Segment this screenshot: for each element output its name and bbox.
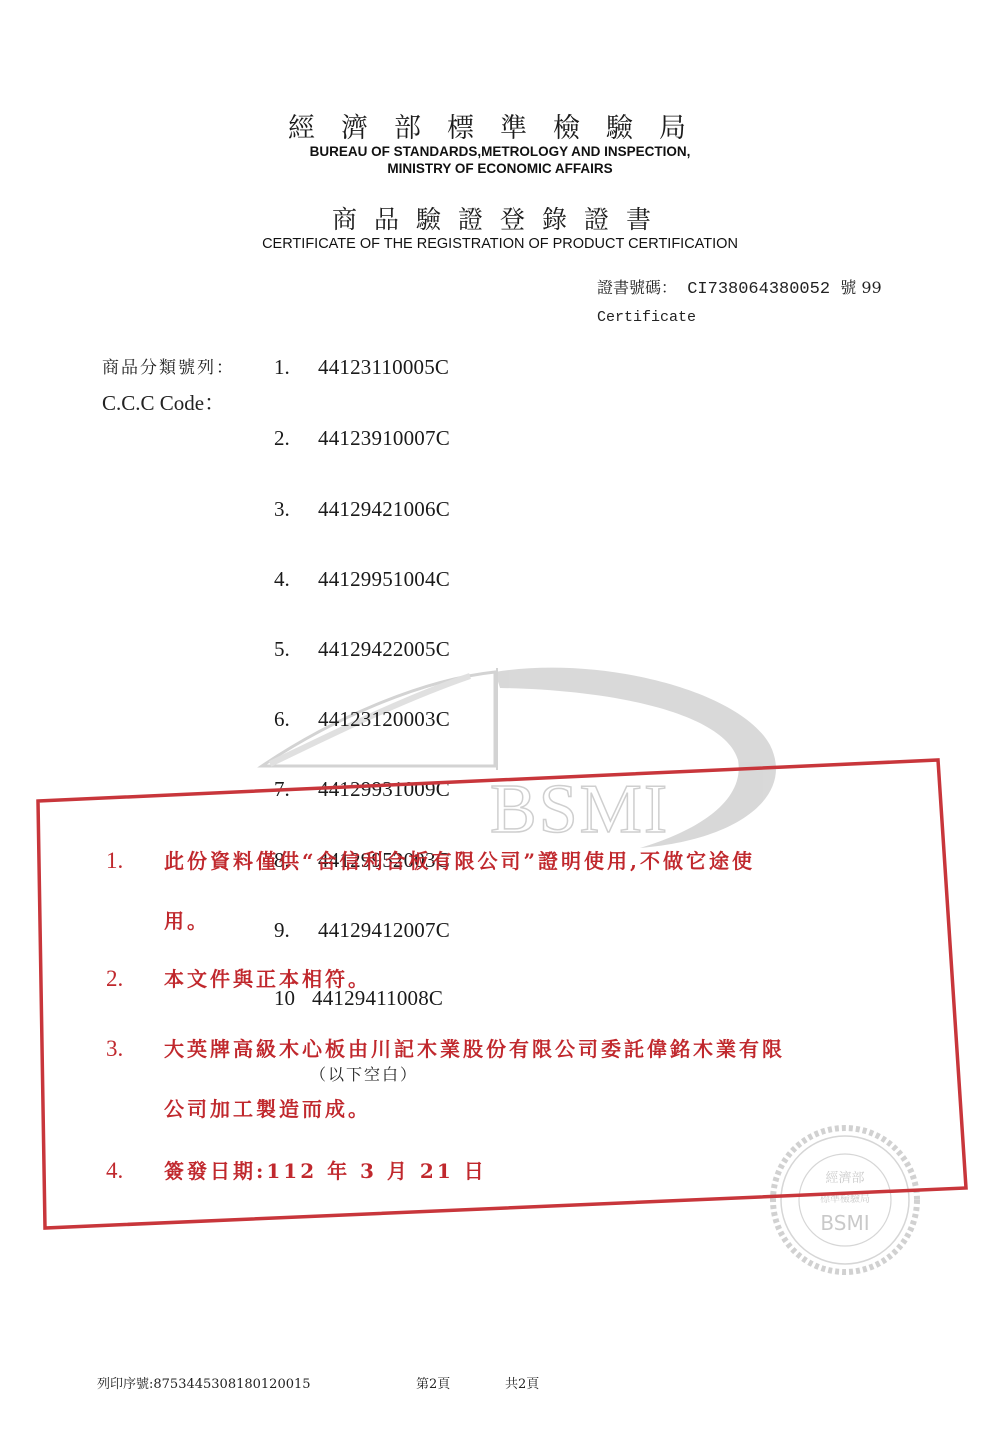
note-text: 此份資料僅供“合信利合板有限公司”證明使用,不做它途使	[164, 849, 755, 873]
total-pages: 共2頁	[505, 1373, 539, 1392]
stamp-note-3: 3.大英牌高級木心板由川記木業股份有限公司委託偉銘木業有限	[106, 1033, 785, 1062]
note-number: 2.	[106, 966, 164, 992]
note-text: 簽發日期:112 年 3 月 21 日	[164, 1159, 487, 1183]
print-serial-number: 列印序號:8753445308180120015	[97, 1373, 311, 1392]
stamp-note-3-continued: 公司加工製造而成。	[164, 1093, 371, 1122]
note-text: 大英牌高級木心板由川記木業股份有限公司委託偉銘木業有限	[164, 1037, 785, 1061]
page-number: 第2頁	[416, 1373, 450, 1392]
note-number: 1.	[106, 848, 164, 874]
stamp-note-1: 1.此份資料僅供“合信利合板有限公司”證明使用,不做它途使	[106, 845, 755, 874]
note-text: 本文件與正本相符。	[164, 967, 371, 991]
note-number: 3.	[106, 1036, 164, 1062]
stamp-note-1-continued: 用。	[164, 905, 210, 934]
stamp-note-2: 2.本文件與正本相符。	[106, 963, 371, 992]
red-stamp-box-border	[0, 0, 1000, 1434]
note-number: 4.	[106, 1158, 164, 1184]
stamp-note-4-issue-date: 4.簽發日期:112 年 3 月 21 日	[106, 1155, 487, 1184]
